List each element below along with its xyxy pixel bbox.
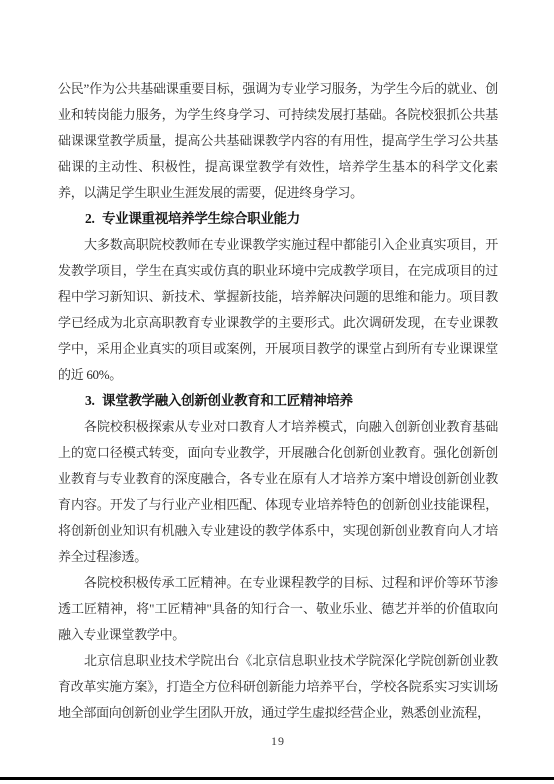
bottom-border-line — [0, 777, 554, 780]
page-content: 公民”作为公共基础课重要目标，强调为专业学习服务，为学生今后的就业、创业和转岗能… — [58, 76, 498, 754]
page-number: 19 — [58, 728, 498, 754]
paragraph: 大多数高职院校教师在专业课教学实施过程中都能引入企业真实项目，开发教学项目，学生… — [58, 232, 498, 388]
paragraph: 北京信息职业技术学院出台《北京信息职业技术学院深化学院创新创业教育改革实施方案》… — [58, 648, 498, 726]
paragraph: 各院校积极传承工匠精神。在专业课程教学的目标、过程和评价等环节渗透工匠精神，将"… — [58, 570, 498, 648]
paragraph-continuation: 公民”作为公共基础课重要目标，强调为专业学习服务，为学生今后的就业、创业和转岗能… — [58, 76, 498, 206]
document-page: 公民”作为公共基础课重要目标，强调为专业学习服务，为学生今后的就业、创业和转岗能… — [0, 0, 554, 784]
section-number: 3. — [85, 393, 95, 408]
section-heading-2: 2.专业课重视培养学生综合职业能力 — [58, 206, 498, 232]
section-title: 专业课重视培养学生综合职业能力 — [102, 211, 300, 226]
section-heading-3: 3.课堂教学融入创新创业教育和工匠精神培养 — [58, 388, 498, 414]
section-title: 课堂教学融入创新创业教育和工匠精神培养 — [102, 393, 353, 408]
section-number: 2. — [85, 211, 95, 226]
paragraph: 各院校积极探索从专业对口教育人才培养模式，向融入创新创业教育基础上的宽口径模式转… — [58, 414, 498, 570]
